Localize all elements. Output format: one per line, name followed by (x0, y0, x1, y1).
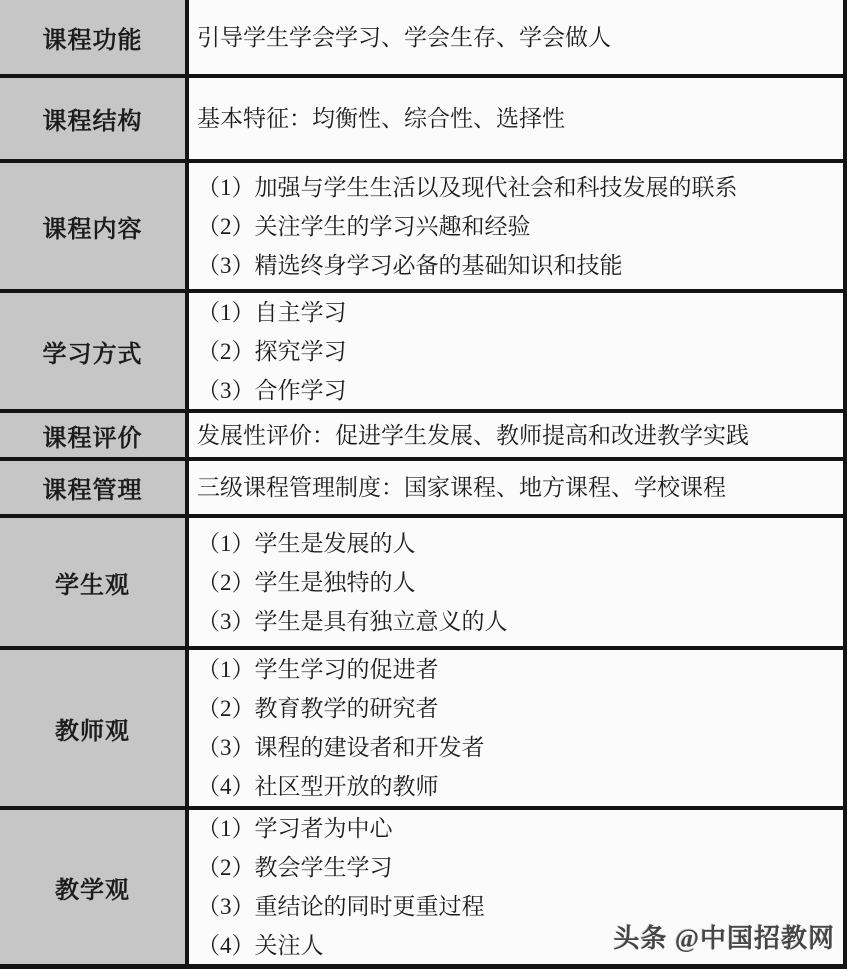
row-content-cell: 发展性评价：促进学生发展、教师提高和改进教学实践 (185, 413, 843, 457)
row-header-label: 课程结构 (43, 101, 143, 136)
table-row: 课程内容 （1）加强与学生生活以及现代社会和科技发展的联系（2）关注学生的学习兴… (0, 163, 843, 293)
row-header-cell: 课程评价 (0, 413, 185, 457)
content-line: （3）学生是具有独立意义的人 (197, 602, 833, 641)
table-row: 课程功能 引导学生学会学习、学会生存、学会做人 (0, 0, 843, 78)
row-content-cell: （1）加强与学生生活以及现代社会和科技发展的联系（2）关注学生的学习兴趣和经验（… (185, 163, 843, 289)
curriculum-reform-table: 课程功能 引导学生学会学习、学会生存、学会做人 课程结构 基本特征：均衡性、综合… (0, 0, 847, 969)
table-row: 课程管理 三级课程管理制度：国家课程、地方课程、学校课程 (0, 461, 843, 518)
row-header-label: 课程评价 (43, 418, 143, 453)
row-header-label: 课程管理 (43, 470, 143, 505)
row-header-cell: 教师观 (0, 650, 185, 806)
row-header-cell: 教学观 (0, 810, 185, 964)
content-line: （2）探究学习 (197, 332, 833, 371)
table-row: 课程评价 发展性评价：促进学生发展、教师提高和改进教学实践 (0, 413, 843, 461)
row-content-cell: 引导学生学会学习、学会生存、学会做人 (185, 0, 843, 74)
content-line: （2）教育教学的研究者 (197, 689, 833, 728)
content-line: （1）学生学习的促进者 (197, 650, 833, 689)
content-line: 引导学生学会学习、学会生存、学会做人 (197, 18, 833, 57)
row-header-cell: 课程内容 (0, 163, 185, 289)
row-header-label: 学生观 (55, 565, 130, 600)
row-header-cell: 学习方式 (0, 293, 185, 409)
row-header-cell: 学生观 (0, 518, 185, 646)
row-header-label: 学习方式 (43, 334, 143, 369)
row-header-cell: 课程功能 (0, 0, 185, 74)
content-line: （3）精选终身学习必备的基础知识和技能 (197, 246, 833, 285)
table-row: 学习方式 （1）自主学习（2）探究学习（3）合作学习 (0, 293, 843, 413)
content-line: 三级课程管理制度：国家课程、地方课程、学校课程 (197, 468, 833, 507)
watermark-text: 头条 @中国招教网 (613, 918, 835, 955)
row-header-label: 教学观 (55, 870, 130, 905)
content-line: （1）学生是发展的人 (197, 524, 833, 563)
table-row: 学生观 （1）学生是发展的人（2）学生是独特的人（3）学生是具有独立意义的人 (0, 518, 843, 650)
row-content-cell: （1）学生学习的促进者（2）教育教学的研究者（3）课程的建设者和开发者（4）社区… (185, 650, 843, 806)
row-header-cell: 课程结构 (0, 78, 185, 159)
row-header-cell: 课程管理 (0, 461, 185, 514)
content-line: （4）社区型开放的教师 (197, 767, 833, 806)
table-row: 教师观 （1）学生学习的促进者（2）教育教学的研究者（3）课程的建设者和开发者（… (0, 650, 843, 810)
row-content-cell: 基本特征：均衡性、综合性、选择性 (185, 78, 843, 159)
row-content-cell: （1）学生是发展的人（2）学生是独特的人（3）学生是具有独立意义的人 (185, 518, 843, 646)
row-header-label: 教师观 (55, 711, 130, 746)
content-line: （2）学生是独特的人 (197, 563, 833, 602)
row-header-label: 课程内容 (43, 209, 143, 244)
content-line: （1）加强与学生生活以及现代社会和科技发展的联系 (197, 168, 833, 207)
row-content-cell: 三级课程管理制度：国家课程、地方课程、学校课程 (185, 461, 843, 514)
content-line: （2）教会学生学习 (197, 848, 833, 887)
content-line: （3）合作学习 (197, 371, 833, 410)
content-line: （3）课程的建设者和开发者 (197, 728, 833, 767)
content-line: （1）自主学习 (197, 293, 833, 332)
table-row: 课程结构 基本特征：均衡性、综合性、选择性 (0, 78, 843, 163)
row-header-label: 课程功能 (43, 20, 143, 55)
content-line: 发展性评价：促进学生发展、教师提高和改进教学实践 (197, 416, 833, 455)
content-line: 基本特征：均衡性、综合性、选择性 (197, 99, 833, 138)
content-line: （1）学习者为中心 (197, 809, 833, 848)
content-line: （2）关注学生的学习兴趣和经验 (197, 207, 833, 246)
row-content-cell: （1）自主学习（2）探究学习（3）合作学习 (185, 293, 843, 409)
